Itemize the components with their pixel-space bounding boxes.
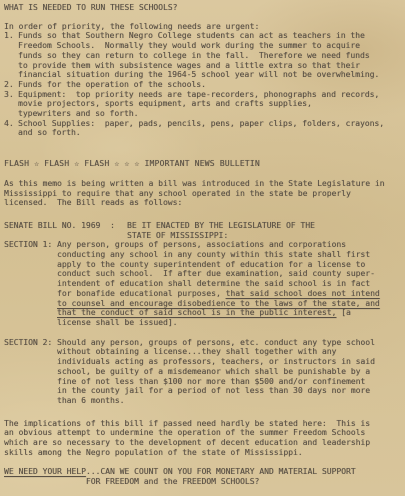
list-item: 1. Funds so that Southern Negro College … bbox=[4, 31, 402, 80]
list-item: 3. Equipment: top priority needs are tap… bbox=[4, 90, 402, 119]
memo-paragraph: As this memo is being written a bill was… bbox=[4, 179, 402, 208]
section-1: SECTION 1: Any person, groups of persons… bbox=[4, 240, 402, 327]
flash-news-headline: FLASH ☆ FLASH ☆ FLASH ☆ ☆ ☆ IMPORTANT NE… bbox=[4, 159, 402, 169]
list-item-text: Equipment: top priority needs are tape-r… bbox=[18, 90, 402, 119]
list-item-number: 4. bbox=[4, 119, 18, 138]
senate-bill-text: BE IT ENACTED BY THE LEGISLATURE OF THE … bbox=[127, 221, 402, 240]
memo-document-page: WHAT IS NEEDED TO RUN THESE SCHOOLS? In … bbox=[0, 0, 405, 496]
list-item-text: School Supplies: paper, pads, pencils, p… bbox=[18, 119, 402, 138]
intro-line: In order of priority, the following need… bbox=[4, 22, 402, 32]
list-item-text: Funds so that Southern Negro College stu… bbox=[18, 31, 402, 80]
section-2-label: SECTION 2: bbox=[4, 338, 57, 406]
list-item-number: 2. bbox=[4, 80, 18, 90]
document-title: WHAT IS NEEDED TO RUN THESE SCHOOLS? bbox=[4, 3, 402, 13]
section-2: SECTION 2: Should any person, groups of … bbox=[4, 338, 402, 406]
implications-paragraph: The implications of this bill if passed … bbox=[4, 419, 402, 458]
section-1-label: SECTION 1: bbox=[4, 240, 57, 327]
call-to-action-underlined: WE NEED YOUR HELP bbox=[4, 467, 86, 476]
list-item-number: 3. bbox=[4, 90, 18, 119]
list-item: 2. Funds for the operation of the school… bbox=[4, 80, 402, 90]
section-1-text: Any person, groups of persons, associati… bbox=[57, 240, 402, 327]
senate-bill-heading: SENATE BILL NO. 1969 : BE IT ENACTED BY … bbox=[4, 221, 402, 240]
section-2-text: Should any person, groups of persons, et… bbox=[57, 338, 402, 406]
list-item-text: Funds for the operation of the schools. bbox=[18, 80, 402, 90]
list-item: 4. School Supplies: paper, pads, pencils… bbox=[4, 119, 402, 138]
needs-list: 1. Funds so that Southern Negro College … bbox=[4, 31, 402, 138]
call-to-action: WE NEED YOUR HELP...CAN WE COUNT ON YOU … bbox=[4, 467, 402, 486]
list-item-number: 1. bbox=[4, 31, 18, 80]
senate-bill-label: SENATE BILL NO. 1969 : bbox=[4, 221, 127, 240]
